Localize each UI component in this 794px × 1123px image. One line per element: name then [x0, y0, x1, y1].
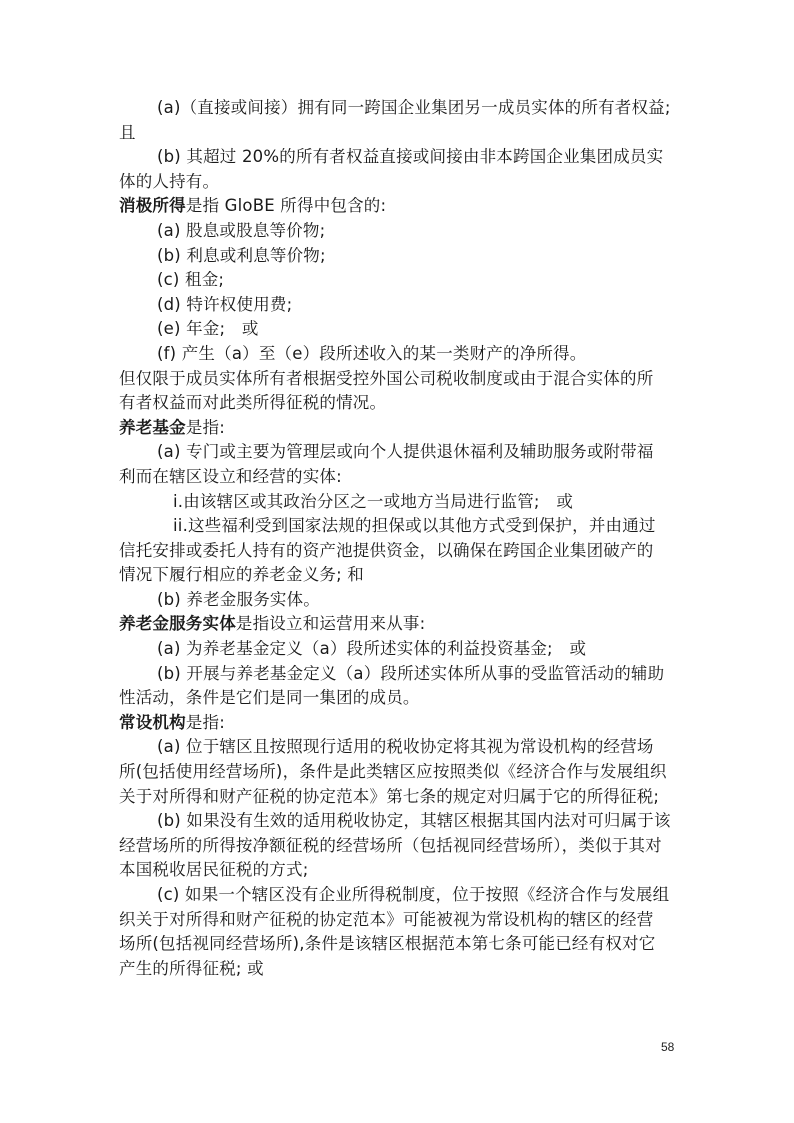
defined-term: 常设机构 — [119, 713, 186, 732]
definition-text: 是指: — [186, 713, 225, 732]
text-line: 场所(包括视同经营场所),条件是该辖区根据范本第七条可能已经有权对它 — [119, 932, 675, 957]
defined-term: 养老金服务实体 — [119, 614, 236, 633]
sub-list-item: i.由该辖区或其政治分区之一或地方当局进行监管; 或 — [119, 490, 675, 515]
sub-list-item: ii.这些福利受到国家法规的担保或以其他方式受到保护，并由通过 — [119, 514, 675, 539]
text-line: 但仅限于成员实体所有者根据受控外国公司税收制度或由于混合实体的所 — [119, 367, 675, 392]
page-number: 58 — [661, 1040, 674, 1054]
text-line: 有者权益而对此类所得征税的情况。 — [119, 391, 675, 416]
list-item: (b) 开展与养老基金定义（a）段所述实体所从事的受监管活动的辅助 — [119, 662, 675, 687]
list-item: (c) 租金; — [119, 268, 675, 293]
text-line: (b) 其超过 20%的所有者权益直接或间接由非本跨国企业集团成员实 — [119, 145, 675, 170]
list-item: (d) 特许权使用费; — [119, 293, 675, 318]
text-line: 所(包括使用经营场所)，条件是此类辖区应按照类似《经济合作与发展组织 — [119, 760, 675, 785]
text-line: 关于对所得和财产征税的协定范本》第七条的规定对归属于它的所得征税; — [119, 785, 675, 810]
text-line: 信托安排或委托人持有的资产池提供资金，以确保在跨国企业集团破产的 — [119, 539, 675, 564]
list-item: (e) 年金; 或 — [119, 317, 675, 342]
text-line: 且 — [119, 121, 675, 146]
definition-text: 是指: — [186, 418, 225, 437]
definition-heading-permanent-establishment: 常设机构是指: — [119, 711, 675, 736]
text-line: 体的人持有。 — [119, 170, 675, 195]
definition-text: 是指设立和运营用来从事: — [236, 614, 425, 633]
definition-text: 是指 GloBE 所得中包含的: — [186, 196, 386, 215]
text-line: 产生的所得征税; 或 — [119, 957, 675, 982]
list-item: (a) 专门或主要为管理层或向个人提供退休福利及辅助服务或附带福 — [119, 440, 675, 465]
text-line: 情况下履行相应的养老金义务; 和 — [119, 563, 675, 588]
defined-term: 消极所得 — [119, 196, 186, 215]
list-item: (a) 为养老基金定义（a）段所述实体的利益投资基金; 或 — [119, 637, 675, 662]
list-item: (c) 如果一个辖区没有企业所得税制度，位于按照《经济合作与发展组 — [119, 883, 675, 908]
list-item: (a) 位于辖区且按照现行适用的税收协定将其视为常设机构的经营场 — [119, 735, 675, 760]
defined-term: 养老基金 — [119, 418, 186, 437]
list-item: (b) 养老金服务实体。 — [119, 588, 675, 613]
list-item: (b) 利息或利息等价物; — [119, 244, 675, 269]
text-line: 性活动，条件是它们是同一集团的成员。 — [119, 686, 675, 711]
text-line: 经营场所的所得按净额征税的经营场所（包括视同经营场所），类似于其对 — [119, 834, 675, 859]
text-line: 织关于对所得和财产征税的协定范本》可能被视为常设机构的辖区的经营 — [119, 908, 675, 933]
text-line: 利而在辖区设立和经营的实体: — [119, 465, 675, 490]
definition-heading-pension-fund: 养老基金是指: — [119, 416, 675, 441]
text-line: 本国税收居民征税的方式; — [119, 858, 675, 883]
list-item: (a) 股息或股息等价物; — [119, 219, 675, 244]
document-body: (a)（直接或间接）拥有同一跨国企业集团另一成员实体的所有者权益; 且 (b) … — [119, 96, 675, 981]
list-item: (f) 产生（a）至（e）段所述收入的某一类财产的净所得。 — [119, 342, 675, 367]
definition-heading-pension-services-entity: 养老金服务实体是指设立和运营用来从事: — [119, 612, 675, 637]
definition-heading-passive-income: 消极所得是指 GloBE 所得中包含的: — [119, 194, 675, 219]
list-item: (b) 如果没有生效的适用税收协定，其辖区根据其国内法对可归属于该 — [119, 809, 675, 834]
text-line: (a)（直接或间接）拥有同一跨国企业集团另一成员实体的所有者权益; — [119, 96, 675, 121]
